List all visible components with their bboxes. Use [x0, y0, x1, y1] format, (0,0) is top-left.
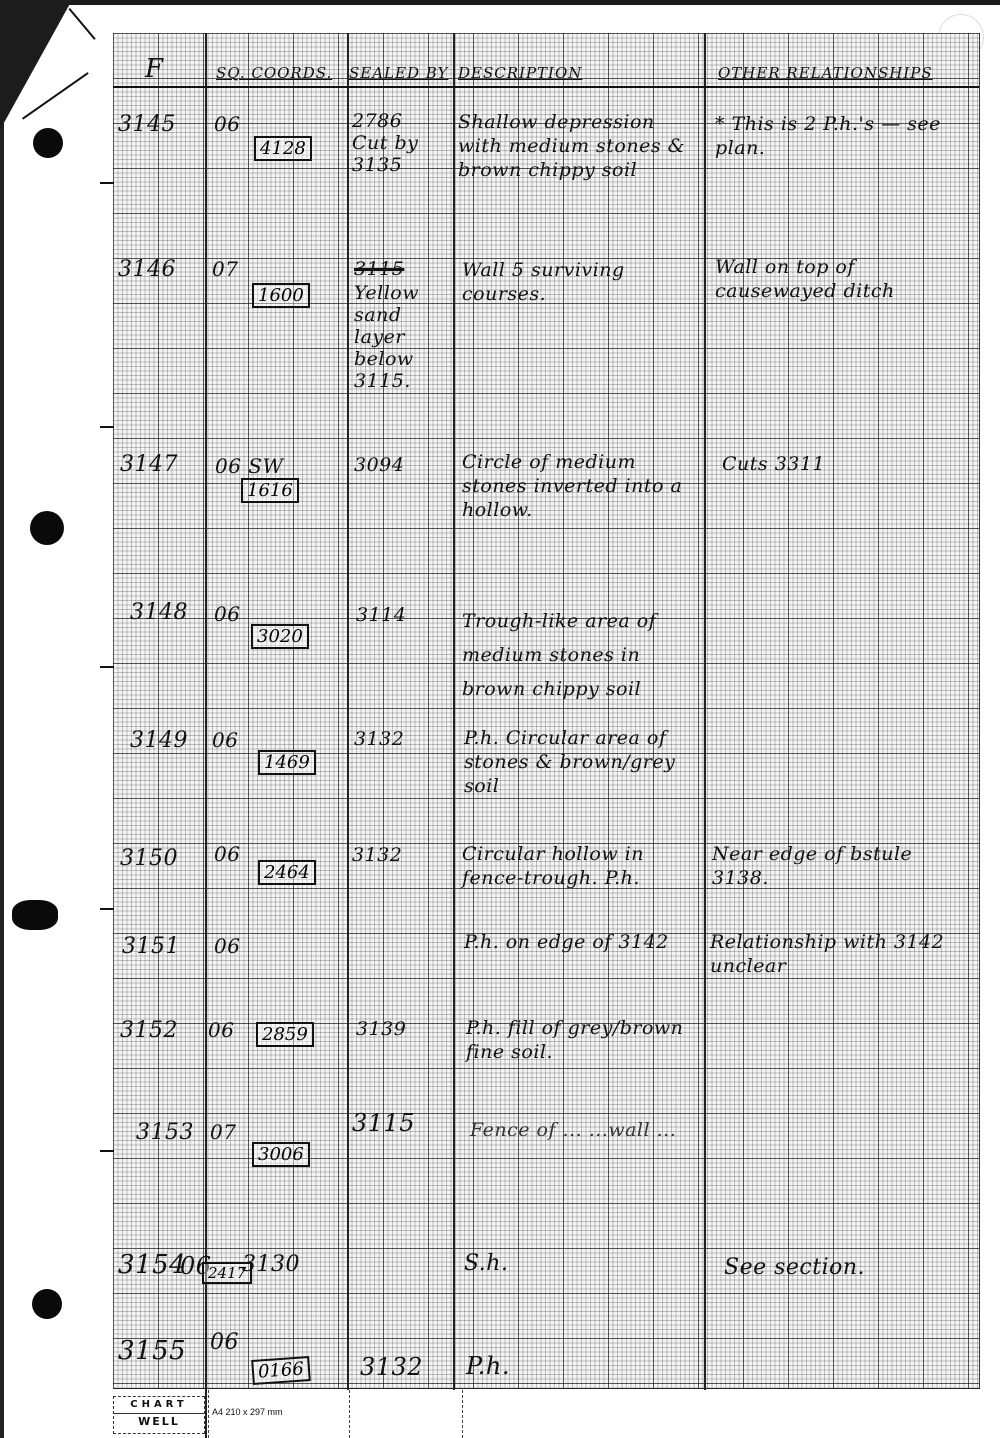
fold-line	[22, 72, 89, 120]
sealed-by: 3094	[354, 454, 404, 476]
description: P.h.	[466, 1354, 510, 1378]
footer-cell	[349, 1390, 462, 1438]
square-code: 06	[214, 112, 240, 136]
scan-left-edge	[0, 0, 4, 1438]
column-divider	[347, 33, 349, 1438]
square-code: 07	[212, 257, 238, 281]
context-number: 3152	[120, 1018, 178, 1043]
sealed-by: 3130	[242, 1254, 300, 1276]
square-code: 06	[210, 1330, 239, 1355]
square-code: 06	[214, 934, 240, 958]
graph-paper-sheet	[113, 33, 980, 1389]
column-divider	[205, 33, 207, 1438]
square-code: 06	[208, 1018, 234, 1042]
coordinate-box: 2859	[256, 1022, 314, 1047]
description: Circular hollow in fence-trough. P.h.	[462, 842, 702, 890]
description: P.h. on edge of 3142	[464, 930, 724, 954]
context-number: 3153	[136, 1120, 194, 1145]
sealed-by: 3139	[356, 1018, 406, 1040]
punch-hole-icon	[12, 900, 58, 930]
description: Shallow depression with medium stones & …	[458, 110, 690, 182]
row-tick	[100, 182, 114, 184]
context-number: 3148	[130, 600, 188, 625]
coordinate-box: 4128	[254, 136, 312, 161]
square-code: 07	[210, 1120, 236, 1144]
description: S.h.	[464, 1252, 508, 1276]
header-sq-coords: Sq. Coords.	[216, 64, 332, 82]
sealed-by: 3132	[360, 1356, 423, 1378]
square-code: 06	[214, 842, 240, 866]
square-code: 06 SW	[215, 454, 284, 478]
description: Fence of ... ...wall ...	[470, 1112, 700, 1148]
context-number: 3147	[120, 452, 178, 477]
sealed-by-struck: 3115	[354, 258, 404, 280]
column-divider	[704, 33, 706, 1438]
sealed-by: 3132	[352, 844, 402, 866]
header-context: F	[145, 54, 164, 84]
scan-top-edge	[0, 0, 1000, 5]
coordinate-box: 3006	[252, 1142, 310, 1167]
header-sealed-by: Sealed by	[349, 64, 448, 82]
square-code: 06	[212, 728, 238, 752]
paper-size-label: A4 210 x 297 mm	[212, 1407, 283, 1417]
description: Circle of medium stones inverted into a …	[462, 450, 702, 522]
punch-hole-icon	[32, 1289, 62, 1319]
header-other-relationships: Other relationships	[718, 64, 933, 82]
description: Trough-like area of medium stones in bro…	[462, 604, 700, 706]
chartwell-logo: CHART WELL	[113, 1396, 205, 1434]
logo-brand-bottom: WELL	[114, 1414, 204, 1430]
relationships: Cuts 3311	[722, 452, 825, 476]
header-rule	[113, 86, 979, 88]
punch-hole-icon	[30, 511, 64, 545]
context-number: 3145	[118, 112, 176, 137]
coordinate-box: 1469	[258, 750, 316, 775]
logo-brand-top: CHART	[114, 1397, 204, 1414]
coordinate-box: 0166	[251, 1356, 310, 1385]
sealed-by: 2786 Cut by 3135	[352, 110, 432, 176]
context-number: 3151	[122, 934, 180, 959]
punch-hole-icon	[33, 128, 63, 158]
context-number: 3149	[130, 728, 188, 753]
coordinate-box: 2464	[258, 860, 316, 885]
relationships: Near edge of bstule 3138.	[712, 842, 972, 890]
sealed-by: 3114	[356, 604, 406, 626]
sealed-by: 3132	[354, 728, 404, 750]
row-tick	[100, 426, 114, 428]
context-number: 3146	[118, 257, 176, 282]
fold-line	[68, 8, 95, 40]
square-code: 06	[214, 602, 240, 626]
sealed-by: 3115	[352, 1112, 415, 1134]
row-tick	[100, 666, 114, 668]
coordinate-box: 1600	[252, 283, 310, 308]
context-number: 3155	[118, 1336, 186, 1366]
sealed-by: Yellow sand layer below 3115.	[354, 282, 414, 392]
row-tick	[100, 1150, 114, 1152]
row-tick	[100, 908, 114, 910]
relationships: * This is 2 P.h.'s — see plan.	[715, 112, 970, 160]
relationships: Wall on top of causewayed ditch	[715, 255, 975, 303]
footer-cell	[462, 1390, 713, 1438]
description: P.h. Circular area of stones & brown/gre…	[464, 726, 700, 798]
description: Wall 5 surviving courses.	[462, 258, 692, 306]
context-number: 3150	[120, 846, 178, 871]
column-divider	[453, 33, 455, 1438]
description: P.h. fill of grey/brown fine soil.	[466, 1016, 702, 1064]
relationships: Relationship with 3142 unclear	[710, 930, 975, 978]
context-number: 3154	[118, 1250, 186, 1280]
coordinate-box: 1616	[241, 478, 299, 503]
header-description: Description	[458, 64, 582, 82]
relationships: See section.	[724, 1256, 865, 1280]
coordinate-box: 3020	[251, 624, 309, 649]
